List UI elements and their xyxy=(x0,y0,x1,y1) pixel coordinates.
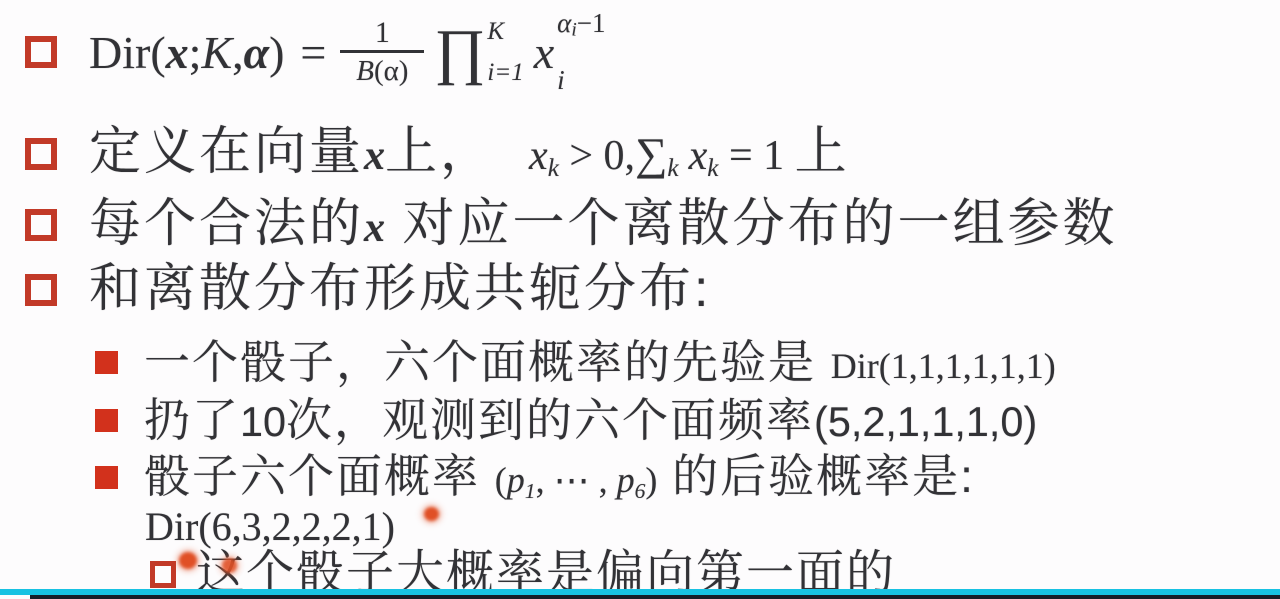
hollow-square-bullet xyxy=(25,138,57,170)
cjk-text: 骰子六个面概率 xyxy=(144,450,495,502)
product-limits: K i=1 xyxy=(487,19,523,85)
power-base: x xyxy=(534,26,554,79)
formula-semicolon: ; xyxy=(189,26,202,79)
posterior-dir-row: Dir(6,3,2,2,2,1) xyxy=(145,501,395,551)
x-power-term: x αi−1 i xyxy=(534,10,606,94)
bullet-row-parameters: 每个合法的x 对应一个离散分布的一组参数 xyxy=(25,194,1117,256)
sum-symbol: ∑ xyxy=(635,129,667,179)
formula-K: K xyxy=(201,26,232,79)
sub-bullet-row-posterior: 骰子六个面概率 (p1, ⋯ , p6) 的后验概率是: xyxy=(95,449,975,505)
cjk-text: 一个骰子，六个面概率的先验是 xyxy=(144,336,831,388)
laser-pointer-dot xyxy=(179,552,197,569)
cjk-text: 上， xyxy=(385,123,495,181)
cjk-text: 每个合法的 xyxy=(89,195,364,253)
prior-text: 一个骰子，六个面概率的先验是 Dir(1,1,1,1,1,1) xyxy=(144,336,1056,389)
filled-square-bullet xyxy=(95,351,118,374)
power-scripts: αi−1 i xyxy=(557,10,605,94)
presentation-slide: Dir ( x ; K , α ) = 1 B(α) ∏ K i=1 x xyxy=(0,0,1280,599)
product-upper-limit: K xyxy=(487,19,523,44)
formula-open-paren: ( xyxy=(150,26,165,79)
cjk-text: 扔了 xyxy=(144,394,240,446)
fraction: 1 B(α) xyxy=(340,18,424,86)
cjk-text: 定义在向量 xyxy=(89,123,364,181)
cjk-text: 上 xyxy=(795,123,850,181)
constraint-xk: xk > 0,∑kxk = 1 xyxy=(529,131,795,178)
hollow-square-bullet xyxy=(25,209,57,241)
parameters-text: 每个合法的x 对应一个离散分布的一组参数 xyxy=(89,195,1117,255)
vector-x: x xyxy=(364,205,385,251)
product-lower-limit: i=1 xyxy=(487,60,523,85)
laser-pointer-dot xyxy=(424,507,439,521)
cjk-text: 对应一个离散分布的一组参数 xyxy=(385,195,1117,253)
formula-alpha: α xyxy=(244,26,269,79)
laser-pointer-dot xyxy=(222,558,237,573)
throw-count: 10 xyxy=(240,399,286,445)
hollow-square-bullet xyxy=(25,36,57,68)
equals-sign: = xyxy=(300,26,326,79)
bottom-dark-strip xyxy=(30,595,1280,599)
fraction-denominator: B(α) xyxy=(356,53,408,86)
fraction-numerator: 1 xyxy=(375,18,390,50)
vector-x: x xyxy=(364,133,385,179)
exponent: αi−1 xyxy=(557,10,605,40)
bullet-row-conjugate: 和离散分布形成共轭分布: xyxy=(25,260,711,320)
formula-x: x xyxy=(166,26,189,79)
dir-posterior-values: Dir(6,3,2,2,2,1) xyxy=(145,503,395,550)
cjk-text: 的后验概率是: xyxy=(657,450,975,502)
observation-text: 扔了10次，观测到的六个面频率(5,2,1,1,1,0) xyxy=(144,394,1037,447)
formula-comma: , xyxy=(232,26,244,79)
base-subscript: i xyxy=(557,67,605,94)
bullet-row-formula: Dir ( x ; K , α ) = 1 B(α) ∏ K i=1 x xyxy=(25,6,605,98)
formula-func: Dir xyxy=(89,26,150,79)
small-hollow-square-bullet xyxy=(150,561,176,588)
bullet-row-definition: 定义在向量x上，xk > 0,∑kxk = 1 上 xyxy=(25,122,850,186)
filled-square-bullet xyxy=(95,409,118,432)
filled-square-bullet xyxy=(95,466,118,489)
cjk-text: 次，观测到的六个面频率 xyxy=(286,394,814,446)
dir-prior-values: Dir(1,1,1,1,1,1) xyxy=(831,346,1056,386)
definition-text: 定义在向量x上，xk > 0,∑kxk = 1 上 xyxy=(89,123,850,184)
posterior-text: 骰子六个面概率 (p1, ⋯ , p6) 的后验概率是: xyxy=(144,450,975,504)
product-symbol: ∏ xyxy=(434,21,485,83)
p-tuple: (p1, ⋯ , p6) xyxy=(495,460,658,500)
hollow-square-bullet xyxy=(25,274,57,306)
sub-bullet-row-observations: 扔了10次，观测到的六个面频率(5,2,1,1,1,0) xyxy=(95,392,1037,448)
conjugate-text: 和离散分布形成共轭分布: xyxy=(89,260,711,320)
product-operator: ∏ K i=1 xyxy=(434,19,523,85)
formula-close-paren: ) xyxy=(269,26,284,79)
dirichlet-formula: Dir ( x ; K , α ) = 1 B(α) ∏ K i=1 x xyxy=(89,10,605,94)
frequency-values: (5,2,1,1,1,0) xyxy=(814,399,1037,445)
sub-bullet-row-prior: 一个骰子，六个面概率的先验是 Dir(1,1,1,1,1,1) xyxy=(95,334,1056,390)
